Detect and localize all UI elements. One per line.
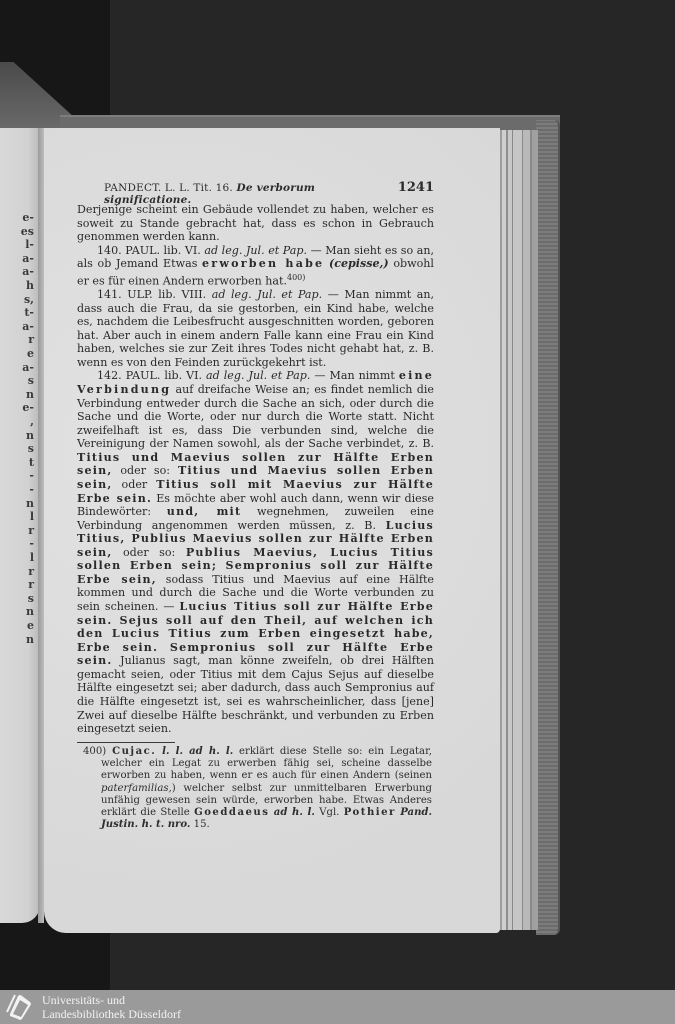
left-page-text-fragment: n xyxy=(26,634,34,645)
left-page-text-fragment: e- xyxy=(22,402,34,413)
left-page-text-fragment: r xyxy=(28,566,34,577)
left-page-text-fragment: s xyxy=(28,375,34,386)
left-page-text-fragment: n xyxy=(26,389,34,400)
page-number: 1241 xyxy=(398,180,434,195)
left-page-text-fragment: - xyxy=(29,484,34,495)
left-page-text-fragment: r xyxy=(28,579,34,590)
left-page-text-fragment: l xyxy=(30,552,34,563)
left-page-text-fragment: e xyxy=(27,348,34,359)
left-page-text-fragment: s, xyxy=(24,294,34,305)
left-page-text-fragment: s xyxy=(28,593,34,604)
left-page-text-fragment: h xyxy=(26,280,34,291)
left-page-text-fragment: a- xyxy=(22,362,34,373)
left-page-text-fragment: r xyxy=(28,334,34,345)
left-page-text-fragment: a- xyxy=(22,253,34,264)
left-page-text-fragment: a- xyxy=(22,266,34,277)
page-stack-edges xyxy=(498,130,538,930)
left-page-text-fragment: l xyxy=(30,511,34,522)
paragraph-139-end: Derjenige scheint ein Gebäude vollendet … xyxy=(77,203,434,244)
left-page-text-fragment: es xyxy=(21,226,34,237)
left-page-text-fragment: t- xyxy=(24,307,34,318)
left-page-text-fragment: n xyxy=(26,430,34,441)
left-page-text-fragment: r xyxy=(28,525,34,536)
footnote-divider xyxy=(77,742,175,743)
left-page-text-fragment: n xyxy=(26,606,34,617)
body-text: Derjenige scheint ein Gebäude vollendet … xyxy=(77,203,434,736)
left-page-text-fragment: - xyxy=(29,470,34,481)
left-page-text-fragment: n xyxy=(26,498,34,509)
left-page-text-fragment: , xyxy=(30,416,34,427)
footnote-ref-400: 400) xyxy=(287,273,305,282)
library-footer-bar: Universitäts- und Landesbibliothek Düsse… xyxy=(0,990,675,1024)
paragraph-141: 141. ULP. lib. VIII. ad leg. Jul. et Pap… xyxy=(77,288,434,369)
left-page-text-fragment: l- xyxy=(25,239,34,250)
left-page-text-fragment: - xyxy=(29,538,34,549)
left-page-text-fragment: s xyxy=(28,443,34,454)
left-page-text-fragment: e- xyxy=(22,212,34,223)
left-page: e-esl-a-a-hs,t-a-rea-sne-,nst--nlr-lrrsn… xyxy=(0,128,40,923)
paragraph-140: 140. PAUL. lib. VI. ad leg. Jul. et Pap.… xyxy=(77,244,434,288)
paragraph-142: 142. PAUL. lib. VI. ad leg. Jul. et Pap.… xyxy=(77,369,434,735)
left-page-text-fragment: t xyxy=(29,457,34,468)
book-logo-icon[interactable] xyxy=(4,992,34,1022)
left-page-text-fragment: e xyxy=(27,620,34,631)
book-cover-right-edge xyxy=(536,120,560,935)
footnote-400: 400) Cujac. l. l. ad h. l. erklärt diese… xyxy=(83,746,432,831)
library-name[interactable]: Universitäts- und Landesbibliothek Düsse… xyxy=(42,993,181,1021)
left-page-text-fragment: a- xyxy=(22,321,34,332)
